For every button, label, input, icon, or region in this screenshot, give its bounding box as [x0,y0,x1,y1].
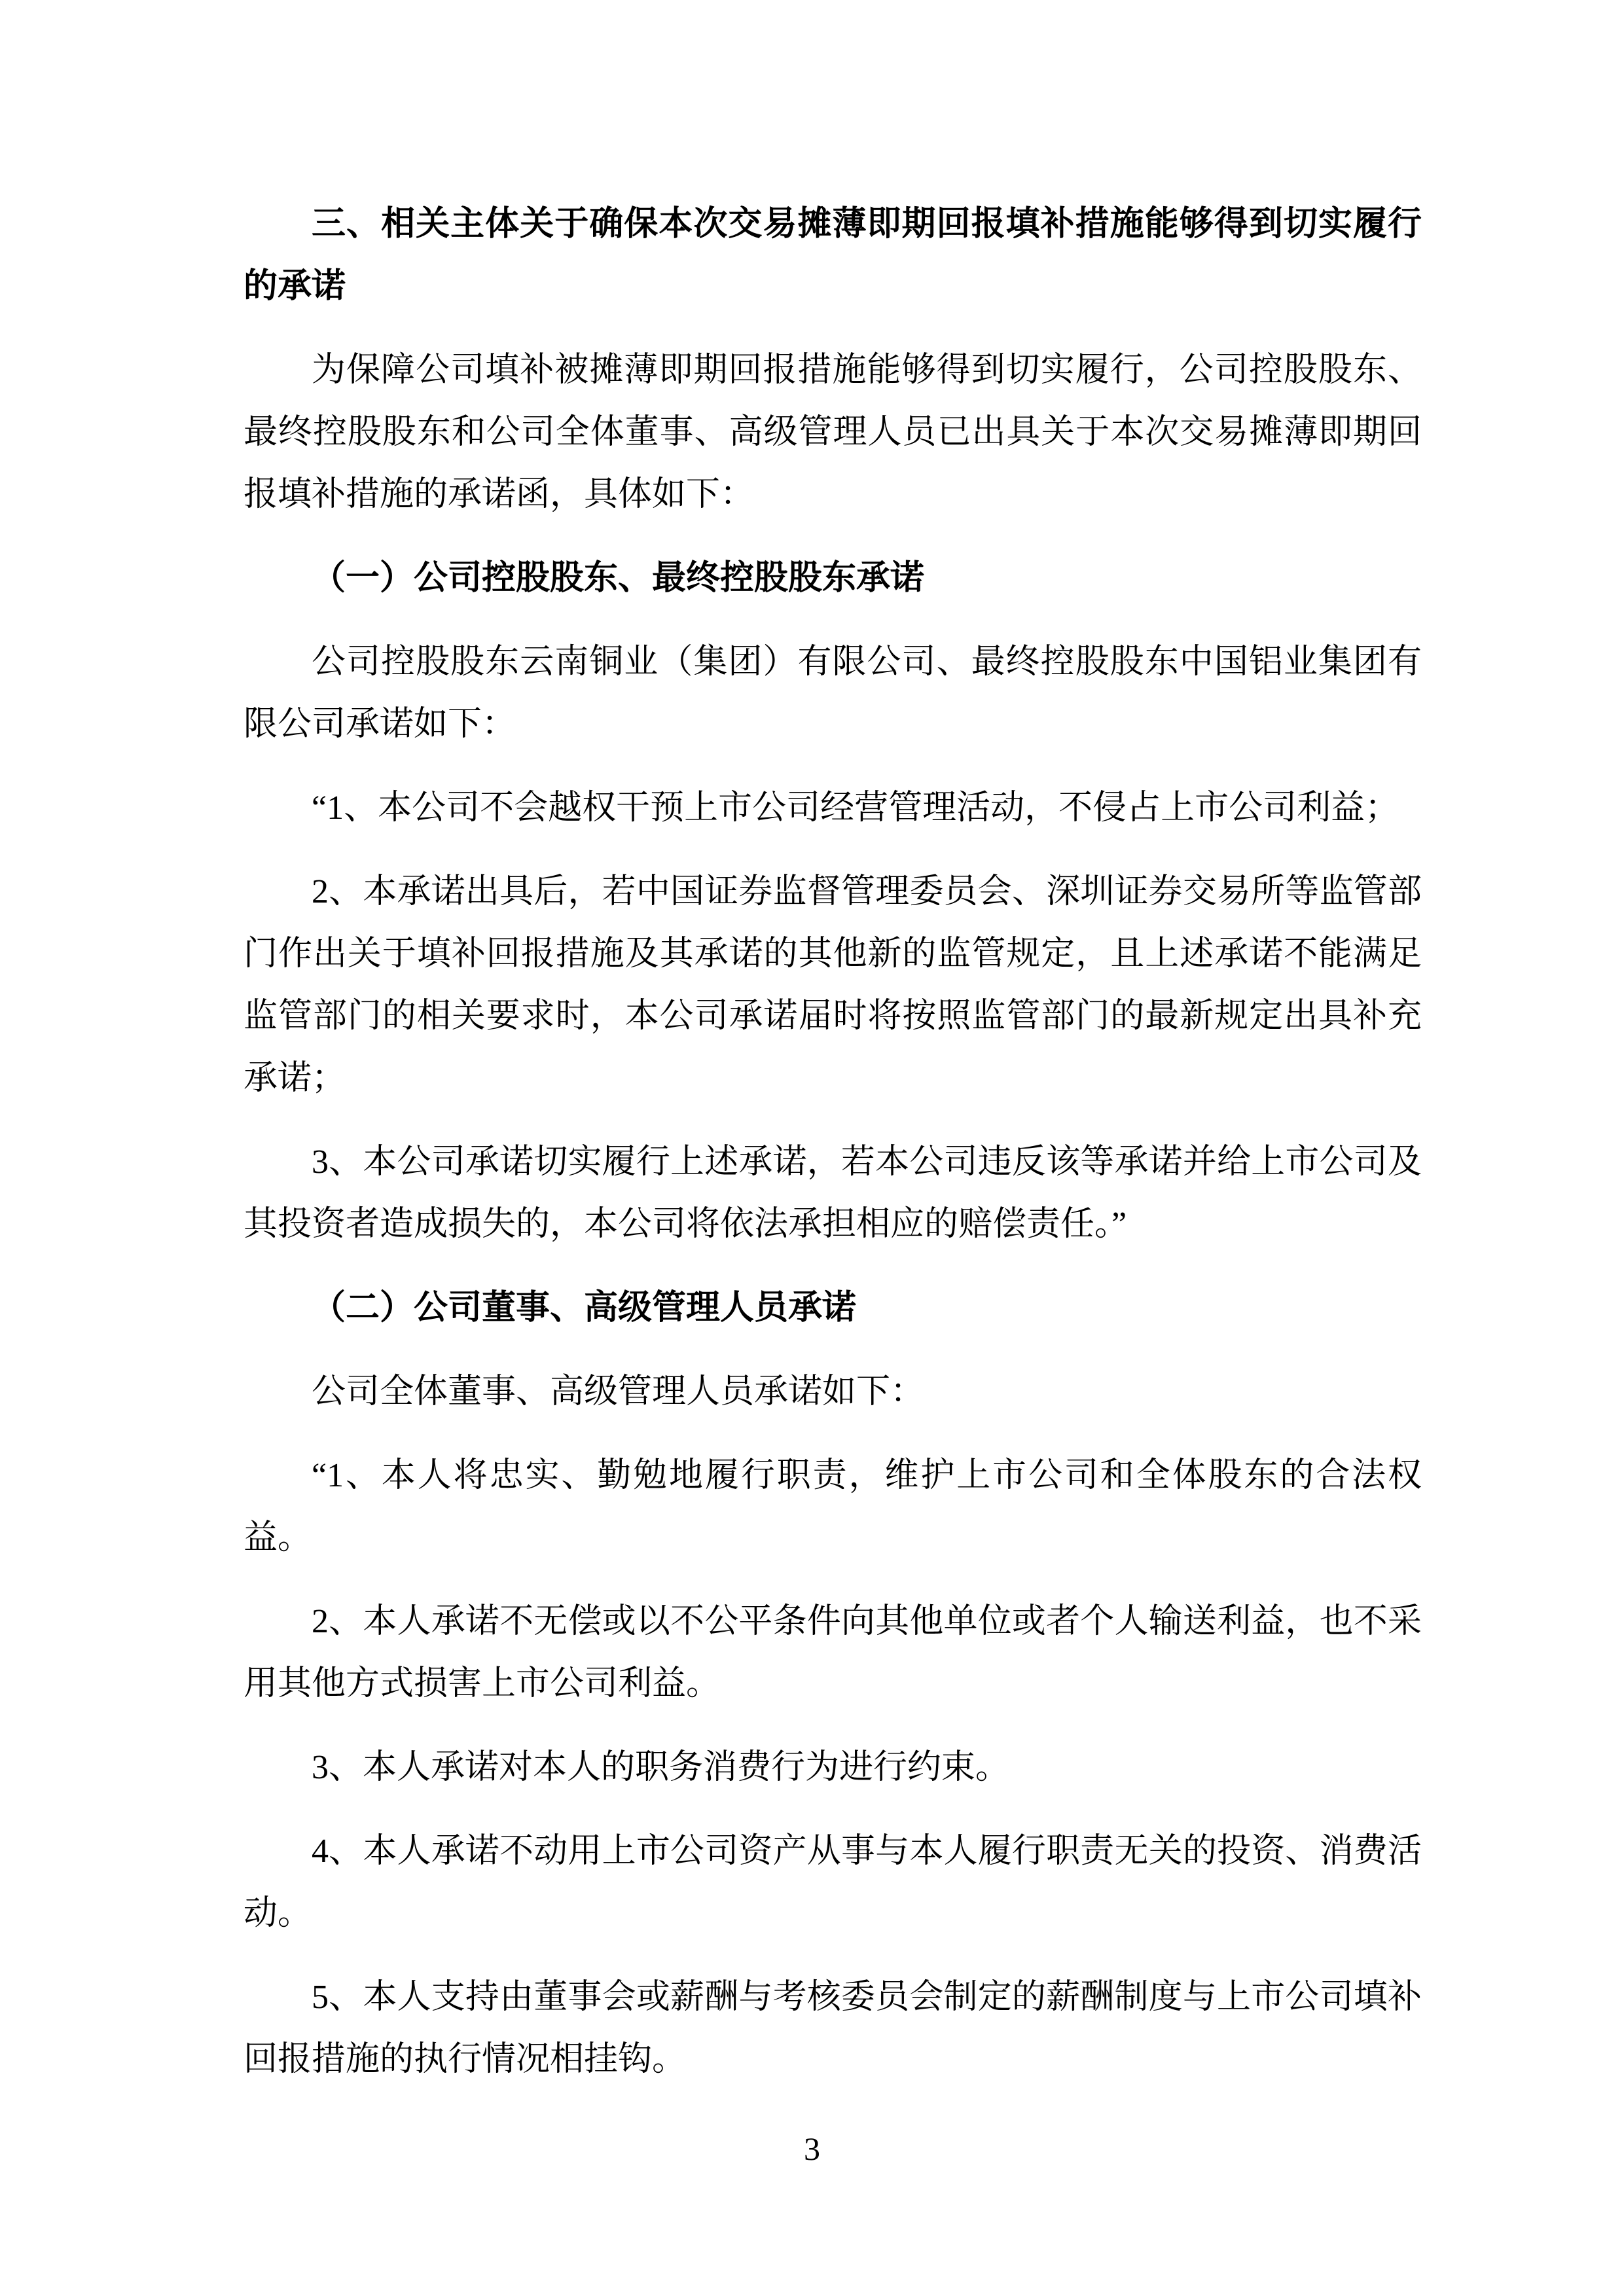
paragraph: 4、本人承诺不动用上市公司资产从事与本人履行职责无关的投资、消费活动。 [244,1820,1422,1945]
paragraph: 公司控股股东云南铜业（集团）有限公司、最终控股股东中国铝业集团有限公司承诺如下： [244,631,1422,755]
section-heading: （一）公司控股股东、最终控股股东承诺 [244,547,1422,609]
paragraph: 公司全体董事、高级管理人员承诺如下： [244,1361,1422,1423]
page-number: 3 [0,2118,1624,2180]
paragraph: 3、本人承诺对本人的职务消费行为进行约束。 [244,1736,1422,1799]
section-heading: （二）公司董事、高级管理人员承诺 [244,1277,1422,1339]
paragraph: 3、本公司承诺切实履行上述承诺，若本公司违反该等承诺并给上市公司及其投资者造成损… [244,1131,1422,1255]
document-title: 三、相关主体关于确保本次交易摊薄即期回报填补措施能够得到切实履行的承诺 [244,193,1422,317]
paragraph: “1、本公司不会越权干预上市公司经营管理活动，不侵占上市公司利益； [244,777,1422,839]
document-content: 三、相关主体关于确保本次交易摊薄即期回报填补措施能够得到切实履行的承诺为保障公司… [244,193,1422,2112]
paragraph: 2、本承诺出具后，若中国证券监督管理委员会、深圳证券交易所等监管部门作出关于填补… [244,861,1422,1109]
paragraph: “1、本人将忠实、勤勉地履行职责，维护上市公司和全体股东的合法权益。 [244,1444,1422,1569]
paragraph: 2、本人承诺不无偿或以不公平条件向其他单位或者个人输送利益，也不采用其他方式损害… [244,1590,1422,1715]
paragraph: 5、本人支持由董事会或薪酬与考核委员会制定的薪酬制度与上市公司填补回报措施的执行… [244,1966,1422,2090]
paragraph: 为保障公司填补被摊薄即期回报措施能够得到切实履行，公司控股股东、最终控股股东和公… [244,339,1422,526]
document-page: 三、相关主体关于确保本次交易摊薄即期回报填补措施能够得到切实履行的承诺为保障公司… [0,0,1624,2296]
